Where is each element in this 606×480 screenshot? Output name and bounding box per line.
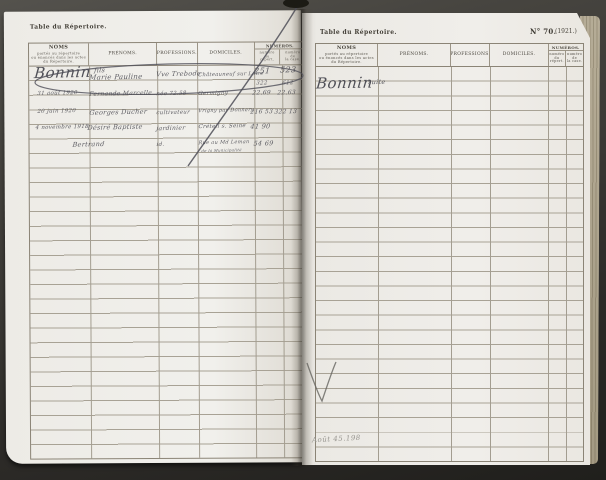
entry-num-repertoire: 54 69 (253, 139, 274, 147)
entry-prenoms: Bertrand (72, 140, 105, 149)
entry-num-case-2: 612 (282, 80, 294, 86)
entry-profession: née 72.58 (156, 91, 187, 98)
entry-num-repertoire-2: 322 (256, 80, 268, 86)
entry-date: 31 août 1920 (37, 90, 78, 97)
entry-profession: id. (156, 142, 164, 148)
entry-prenoms: Marie Pauline (89, 73, 143, 82)
entry-surname-suffix: suite (368, 78, 386, 86)
column-divider (566, 67, 567, 461)
entry-prenoms: Désiré Baptiste (87, 123, 143, 132)
left-page-caption: Table du Répertoire. (30, 23, 107, 30)
numero-case-subheader: numéro de la case. (566, 51, 583, 66)
col-header-domiciles: DOMICILES. (198, 42, 255, 64)
col-header-prenoms: PRÉNOMS. (378, 44, 451, 66)
col-header-domiciles: DOMICILES. (490, 44, 548, 66)
scanned-register-spread: Table du Répertoire. NOMS portés au répe… (0, 0, 606, 480)
right-page-sheet: Table du Répertoire. N° 70. (1921.) 1 NO… (302, 13, 590, 465)
entry-surname: Bonnin (315, 73, 373, 92)
entry-profession: cultivateur (156, 110, 190, 117)
entry-prenoms: Georges Ducher (89, 108, 148, 117)
binding-headband-mark (283, 0, 309, 8)
entry-num-case: 22.63 (277, 89, 296, 96)
entry-domicile: Créteil s. Seine (198, 123, 246, 130)
left-table: NOMS portés au répertoire ou énoncés dan… (28, 41, 308, 459)
right-table-body (316, 67, 583, 461)
folio-number-label: N° 70. (530, 27, 556, 36)
noms-subtitle: portés au répertoire ou énoncés dans les… (319, 52, 374, 65)
folio-year-label: (1921.) (555, 28, 577, 35)
column-divider (378, 67, 379, 461)
numeros-subcolumns: numéro du répert. numéro de la case. (549, 51, 583, 66)
col-header-prenoms: PRÉNOMS. (89, 43, 157, 65)
col-header-professions: PROFESSIONS. (157, 43, 198, 65)
column-divider (451, 67, 452, 461)
entry-domicile-2: de la Municipalité (201, 147, 242, 153)
entry-domicile: Vrigny par Donnery (198, 107, 254, 114)
ruled-rows (316, 67, 583, 461)
col-header-numeros: NUMÉROS. numéro du répert. numéro de la … (255, 42, 305, 64)
entry-num-repertoire: 251 (254, 66, 271, 75)
numero-repertoire-subheader: numéro du répert. (255, 49, 281, 64)
entry-profession: jardinier (156, 125, 186, 133)
col-header-numeros: NUMÉROS. numéro du répert. numéro de la … (549, 44, 583, 66)
entry-date: 4 novembre 1918 (35, 124, 89, 131)
numeros-title: NUMÉROS. (549, 44, 583, 51)
col-header-professions: PROFESSIONS. (451, 44, 490, 66)
entry-num-case: 523 (280, 65, 297, 74)
entry-prenoms: Fernande Marcelle (89, 89, 152, 97)
right-table-header: NOMS portés au répertoire ou énoncés dan… (316, 44, 583, 67)
entry-num-repertoire: 41 90 (250, 122, 271, 130)
entry-surname: Bonnin (33, 63, 91, 82)
right-page-caption: Table du Répertoire. (320, 29, 397, 36)
left-page-sheet: Table du Répertoire. NOMS portés au répe… (4, 10, 303, 464)
entry-date: 20 juin 1920 (37, 108, 76, 115)
column-divider (548, 67, 549, 461)
entry-num-case: 322 13 (274, 108, 297, 116)
entry-domicile: Germigny (198, 90, 228, 97)
entry-profession: Vve Trebode (156, 69, 202, 78)
entry-num-repertoire: 22.69 (252, 89, 271, 96)
numeros-subcolumns: numéro du répert. numéro de la case. (255, 49, 305, 64)
column-divider (490, 67, 491, 461)
right-table: NOMS portés au répertoire ou énoncés dan… (315, 43, 584, 462)
entry-num-repertoire: 216 53 (250, 108, 273, 116)
col-header-noms: NOMS portés au répertoire ou énoncés dan… (316, 44, 378, 66)
numero-repertoire-subheader: numéro du répert. (549, 51, 567, 66)
numero-case-subheader: numéro de la case. (280, 49, 305, 64)
entry-domicile: Rue au Md Leman (198, 139, 249, 146)
